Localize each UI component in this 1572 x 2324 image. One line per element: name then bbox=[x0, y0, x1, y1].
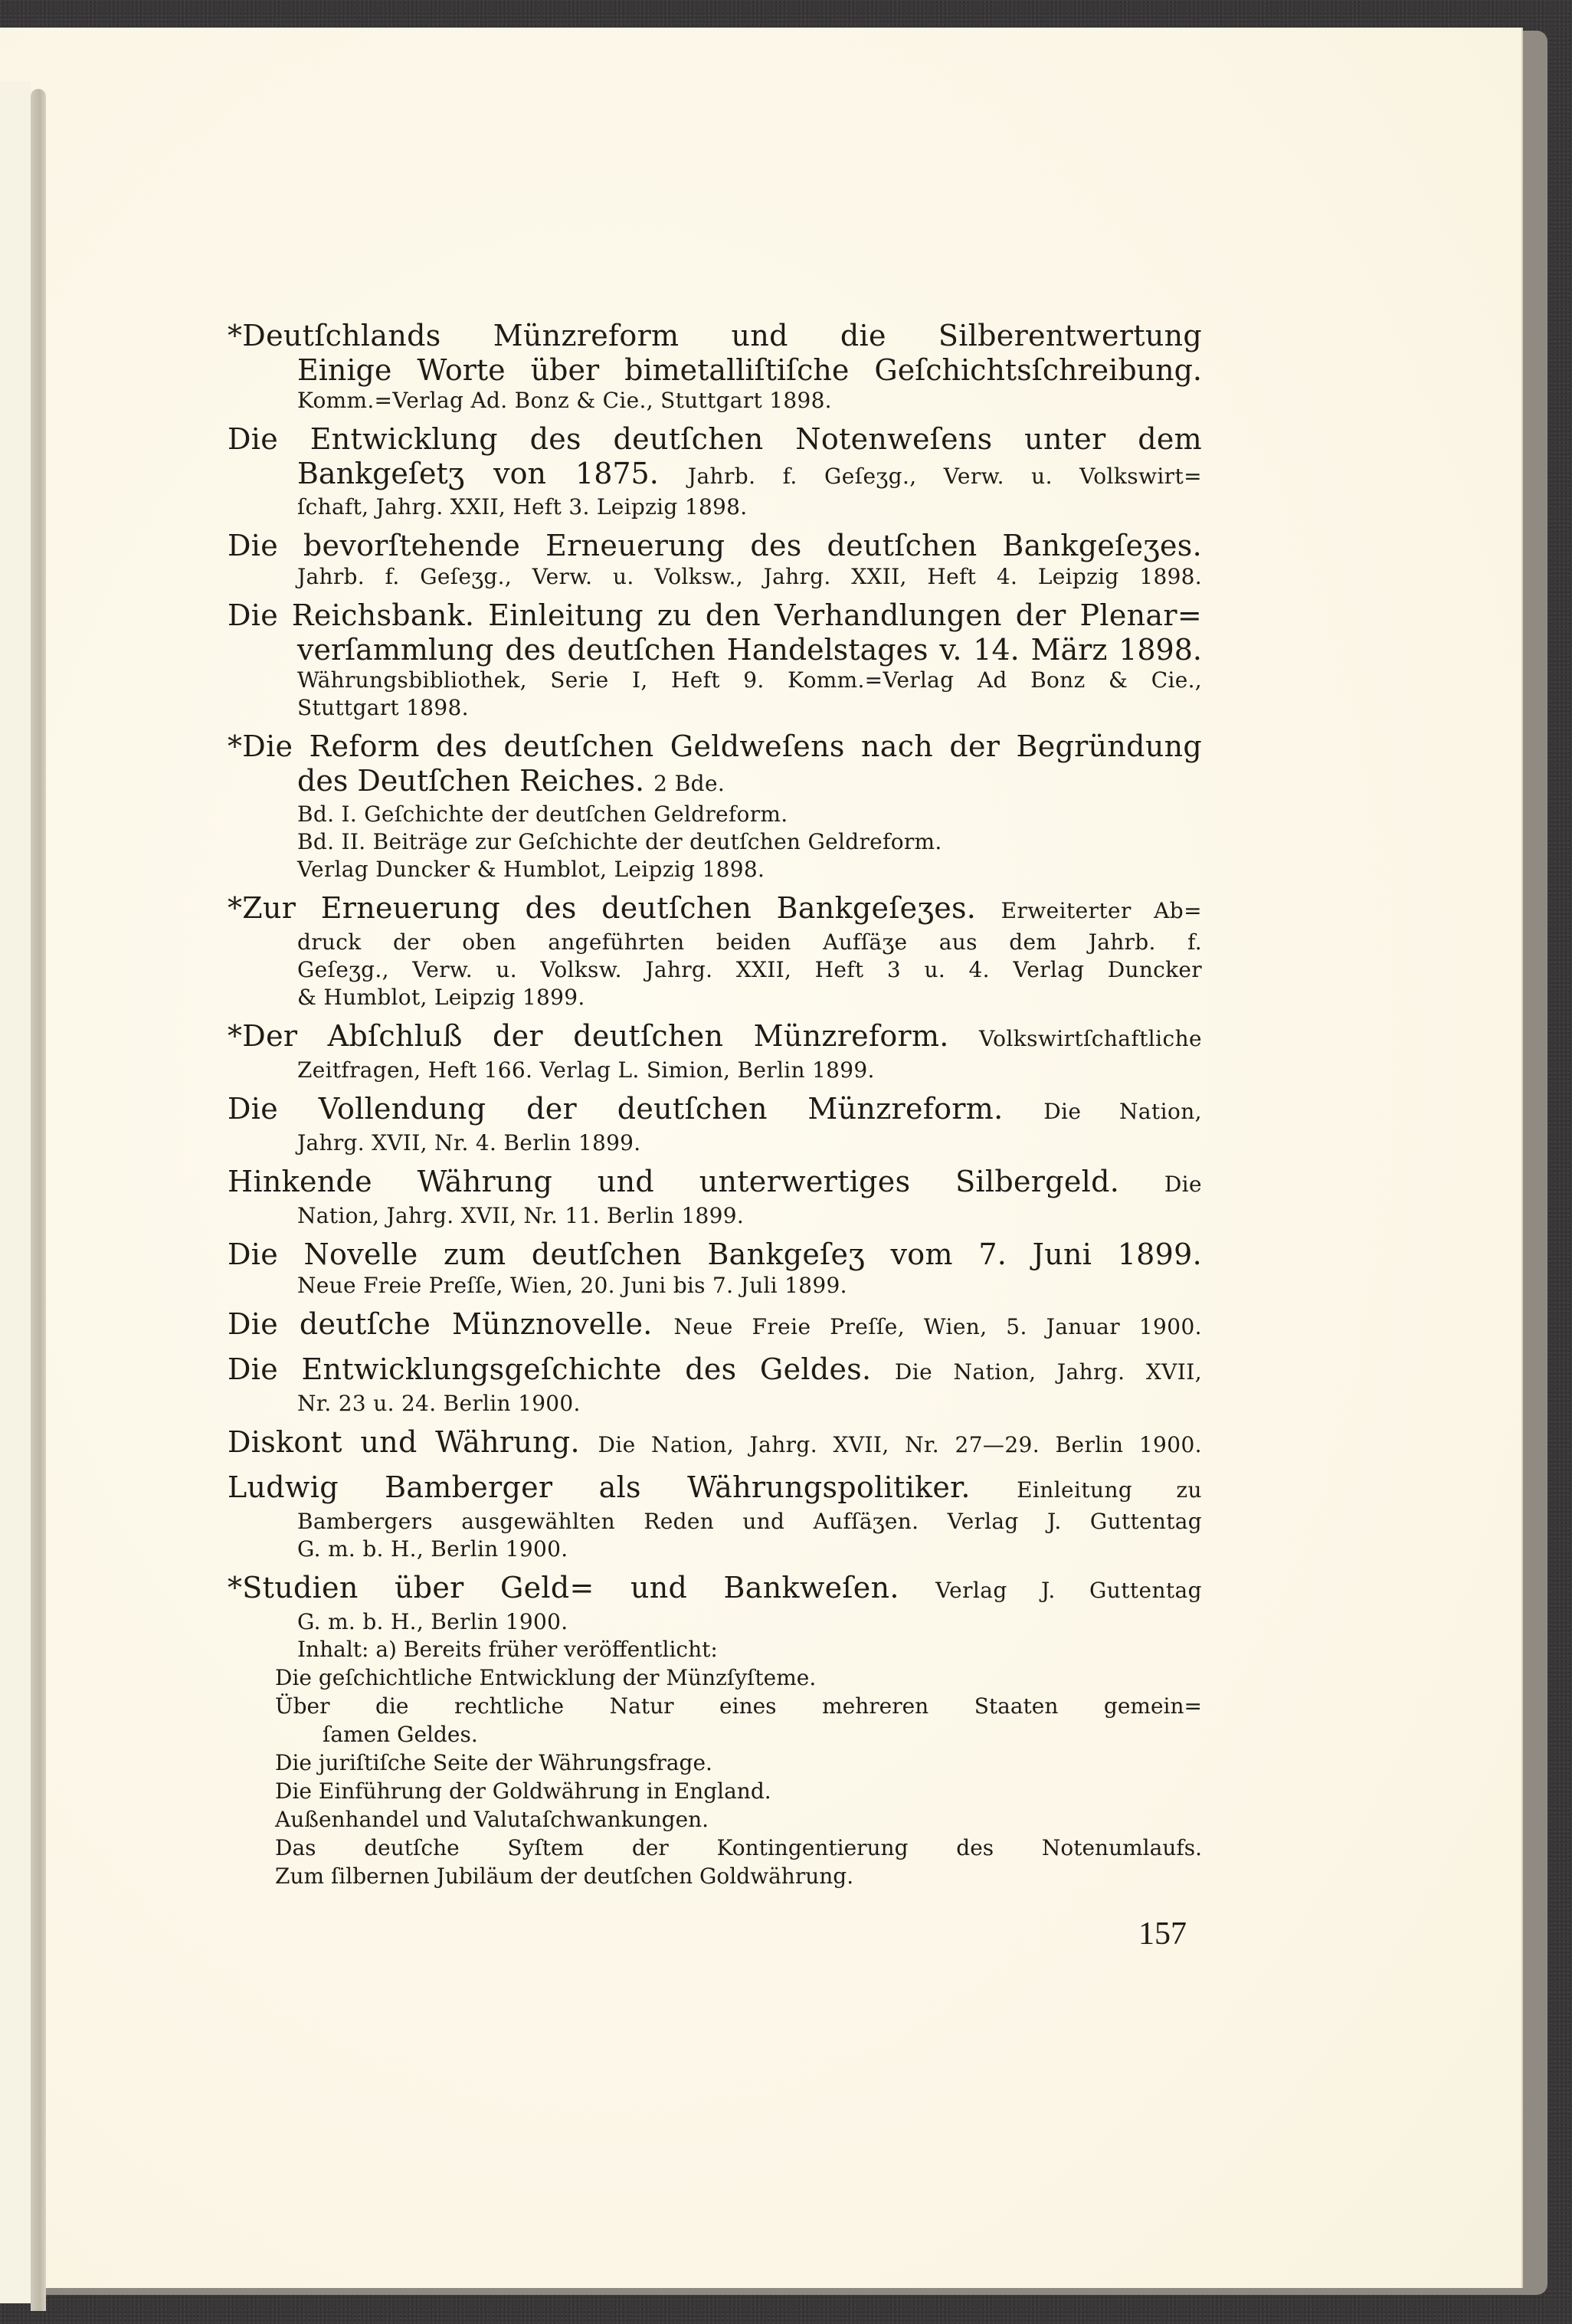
entry-title-part: Diskont und Währung. bbox=[228, 1425, 580, 1459]
entry-publication-inline: Die Nation, bbox=[1043, 1099, 1202, 1124]
entry-title-continued: Bankgeſetʒ von 1875. Jahrb. f. Geſeʒg., … bbox=[228, 457, 1202, 493]
entry-publication-inline: Einleitung zu bbox=[1017, 1477, 1202, 1503]
entry-publication: Stuttgart 1898. bbox=[228, 694, 1202, 722]
entry-publication: Komm.=Verlag Ad. Bonz & Cie., Stuttgart … bbox=[228, 387, 1202, 415]
bibliography-list: *Deutſchlands Münzreform und die Silbere… bbox=[228, 318, 1202, 1897]
entry-title-part: Hinkende Währung und unterwertiges Silbe… bbox=[228, 1165, 1119, 1198]
entry-publication-inline: Jahrb. f. Geſeʒg., Verw. u. Volkswirt= bbox=[688, 464, 1202, 489]
bibliography-entry: *Zur Erneuerung des deutſchen Bankgeſeʒe… bbox=[228, 890, 1202, 1011]
contents-item: Zum ſilbernen Jubiläum der deutſchen Gol… bbox=[228, 1862, 1202, 1890]
entry-title: Die Entwicklung des deutſchen Notenweſen… bbox=[228, 421, 1202, 457]
entry-title: *Zur Erneuerung des deutſchen Bankgeſeʒe… bbox=[228, 890, 1202, 929]
entry-publication: Zeitfragen, Heft 166. Verlag L. Simion, … bbox=[228, 1057, 1202, 1084]
entry-title-part: *Zur Erneuerung des deutſchen Bankgeſeʒe… bbox=[228, 891, 976, 925]
page-number: 157 bbox=[1138, 1916, 1187, 1952]
entry-publication-inline: Die Nation, Jahrg. XVII, bbox=[895, 1359, 1202, 1385]
entry-title-part: Die Vollendung der deutſchen Münzreform. bbox=[228, 1092, 1003, 1126]
entry-title: *Der Abſchluß der deutſchen Münzreform. … bbox=[228, 1018, 1202, 1057]
page-gutter-fold bbox=[31, 89, 46, 2311]
entry-title: *Studien über Geld= und Bankweſen. Verla… bbox=[228, 1570, 1202, 1608]
entry-publication: Geſeʒg., Verw. u. Volksw. Jahrg. XXII, H… bbox=[228, 956, 1202, 984]
entry-title: Die Entwicklungsgeſchichte des Geldes. D… bbox=[228, 1352, 1202, 1390]
bibliography-entry: Die Vollendung der deutſchen Münzreform.… bbox=[228, 1091, 1202, 1157]
entry-title: Die bevorſtehende Erneuerung des deutſch… bbox=[228, 528, 1202, 563]
facing-page-edge bbox=[0, 81, 31, 2303]
bibliography-entry: *Die Reform des deutſchen Geldweſens nac… bbox=[228, 729, 1202, 883]
entry-publication: Nr. 23 u. 24. Berlin 1900. bbox=[228, 1390, 1202, 1418]
entry-title-part: Die Entwicklungsgeſchichte des Geldes. bbox=[228, 1352, 871, 1386]
contents-item: Die geſchichtliche Entwicklung der Münzſ… bbox=[228, 1664, 1202, 1692]
entry-publication-inline: Neue Freie Preſſe, Wien, 5. Januar 1900. bbox=[674, 1314, 1202, 1339]
bibliography-entry: *Studien über Geld= und Bankweſen. Verla… bbox=[228, 1570, 1202, 1890]
bibliography-entry: Die Reichsbank. Einleitung zu den Verhan… bbox=[228, 598, 1202, 722]
bibliography-entry: Hinkende Währung und unterwertiges Silbe… bbox=[228, 1164, 1202, 1230]
entry-title: Die Novelle zum deutſchen Bankgeſeʒ vom … bbox=[228, 1237, 1202, 1272]
entry-publication-inline: Die Nation, Jahrg. XVII, Nr. 27—29. Berl… bbox=[598, 1432, 1202, 1457]
entry-publication: & Humblot, Leipzig 1899. bbox=[228, 984, 1202, 1011]
entry-title-continued: des Deutſchen Reiches. 2 Bde. bbox=[228, 764, 1202, 801]
bibliography-entry: Die bevorſtehende Erneuerung des deutſch… bbox=[228, 528, 1202, 591]
entry-publication-inline: Volkswirtſchaftliche bbox=[979, 1026, 1202, 1051]
entry-publication: Jahrb. f. Geſeʒg., Verw. u. Volksw., Jah… bbox=[228, 563, 1202, 591]
entry-title-part: *Studien über Geld= und Bankweſen. bbox=[228, 1571, 899, 1605]
bibliography-entry: Ludwig Bamberger als Währungspolitiker. … bbox=[228, 1470, 1202, 1563]
entry-publication-inline: Die bbox=[1164, 1172, 1202, 1197]
entry-volume: Bd. II. Beiträge zur Geſchichte der deut… bbox=[228, 828, 1202, 856]
bibliography-entry: Die Entwicklungsgeſchichte des Geldes. D… bbox=[228, 1352, 1202, 1418]
entry-volume-count: 2 Bde. bbox=[653, 771, 725, 796]
bibliography-entry: *Der Abſchluß der deutſchen Münzreform. … bbox=[228, 1018, 1202, 1084]
entry-title: *Die Reform des deutſchen Geldweſens nac… bbox=[228, 729, 1202, 764]
entry-publication-inline: Erweiterter Ab= bbox=[1001, 898, 1202, 923]
contents-item: Die juriſtiſche Seite der Währungsfrage. bbox=[228, 1749, 1202, 1777]
entry-volume: Bd. I. Geſchichte der deutſchen Geldrefo… bbox=[228, 801, 1202, 828]
entry-title: Hinkende Währung und unterwertiges Silbe… bbox=[228, 1164, 1202, 1202]
entry-title-continued: Einige Worte über bimetalliſtiſche Geſch… bbox=[228, 353, 1202, 387]
bibliography-entry: Die Entwicklung des deutſchen Notenweſen… bbox=[228, 421, 1202, 521]
entry-publication: Nation, Jahrg. XVII, Nr. 11. Berlin 1899… bbox=[228, 1202, 1202, 1230]
entry-title: Diskont und Währung. Die Nation, Jahrg. … bbox=[228, 1424, 1202, 1463]
contents-item: Außenhandel und Valutaſchwankungen. bbox=[228, 1805, 1202, 1834]
entry-title-part: Die deutſche Münznovelle. bbox=[228, 1307, 653, 1341]
entry-publication: Verlag Duncker & Humblot, Leipzig 1898. bbox=[228, 856, 1202, 883]
contents-item: Über die rechtliche Natur eines mehreren… bbox=[228, 1692, 1202, 1720]
entry-publication: G. m. b. H., Berlin 1900. bbox=[228, 1536, 1202, 1563]
bibliography-entry: Die Novelle zum deutſchen Bankgeſeʒ vom … bbox=[228, 1237, 1202, 1300]
contents-item-continued: ſamen Geldes. bbox=[228, 1720, 1202, 1749]
entry-publication: ſchaft, Jahrg. XXII, Heft 3. Leipzig 189… bbox=[228, 493, 1202, 521]
bibliography-entry: Die deutſche Münznovelle. Neue Freie Pre… bbox=[228, 1306, 1202, 1345]
entry-title: *Deutſchlands Münzreform und die Silbere… bbox=[228, 318, 1202, 353]
bibliography-entry: *Deutſchlands Münzreform und die Silbere… bbox=[228, 318, 1202, 415]
entry-title-part: Bankgeſetʒ von 1875. bbox=[297, 457, 659, 490]
contents-item: Das deutſche Syſtem der Kontingentierung… bbox=[228, 1834, 1202, 1862]
entry-publication: Bambergers ausgewählten Reden und Aufſäʒ… bbox=[228, 1508, 1202, 1536]
entry-publication-inline: Verlag J. Guttentag bbox=[935, 1578, 1202, 1603]
contents-item: Die Einführung der Goldwährung in Englan… bbox=[228, 1777, 1202, 1805]
entry-title: Ludwig Bamberger als Währungspolitiker. … bbox=[228, 1470, 1202, 1508]
entry-publication: Jahrg. XVII, Nr. 4. Berlin 1899. bbox=[228, 1129, 1202, 1157]
entry-title: Die Vollendung der deutſchen Münzreform.… bbox=[228, 1091, 1202, 1129]
entry-title-part: *Der Abſchluß der deutſchen Münzreform. bbox=[228, 1019, 949, 1053]
entry-title: Die deutſche Münznovelle. Neue Freie Pre… bbox=[228, 1306, 1202, 1345]
bibliography-entry: Diskont und Währung. Die Nation, Jahrg. … bbox=[228, 1424, 1202, 1463]
entry-publication: Neue Freie Preſſe, Wien, 20. Juni bis 7.… bbox=[228, 1272, 1202, 1300]
entry-title-continued: verſammlung des deutſchen Handelstages v… bbox=[228, 633, 1202, 667]
entry-publication: G. m. b. H., Berlin 1900. bbox=[228, 1608, 1202, 1636]
contents-heading: Inhalt: a) Bereits früher veröffentlicht… bbox=[228, 1636, 1202, 1664]
entry-title: Die Reichsbank. Einleitung zu den Verhan… bbox=[228, 598, 1202, 633]
entry-title-part: des Deutſchen Reiches. bbox=[297, 764, 644, 798]
entry-publication: druck der oben angeführten beiden Aufſäʒ… bbox=[228, 929, 1202, 956]
entry-publication: Währungsbibliothek, Serie I, Heft 9. Kom… bbox=[228, 667, 1202, 694]
entry-title-part: Ludwig Bamberger als Währungspolitiker. bbox=[228, 1470, 971, 1504]
